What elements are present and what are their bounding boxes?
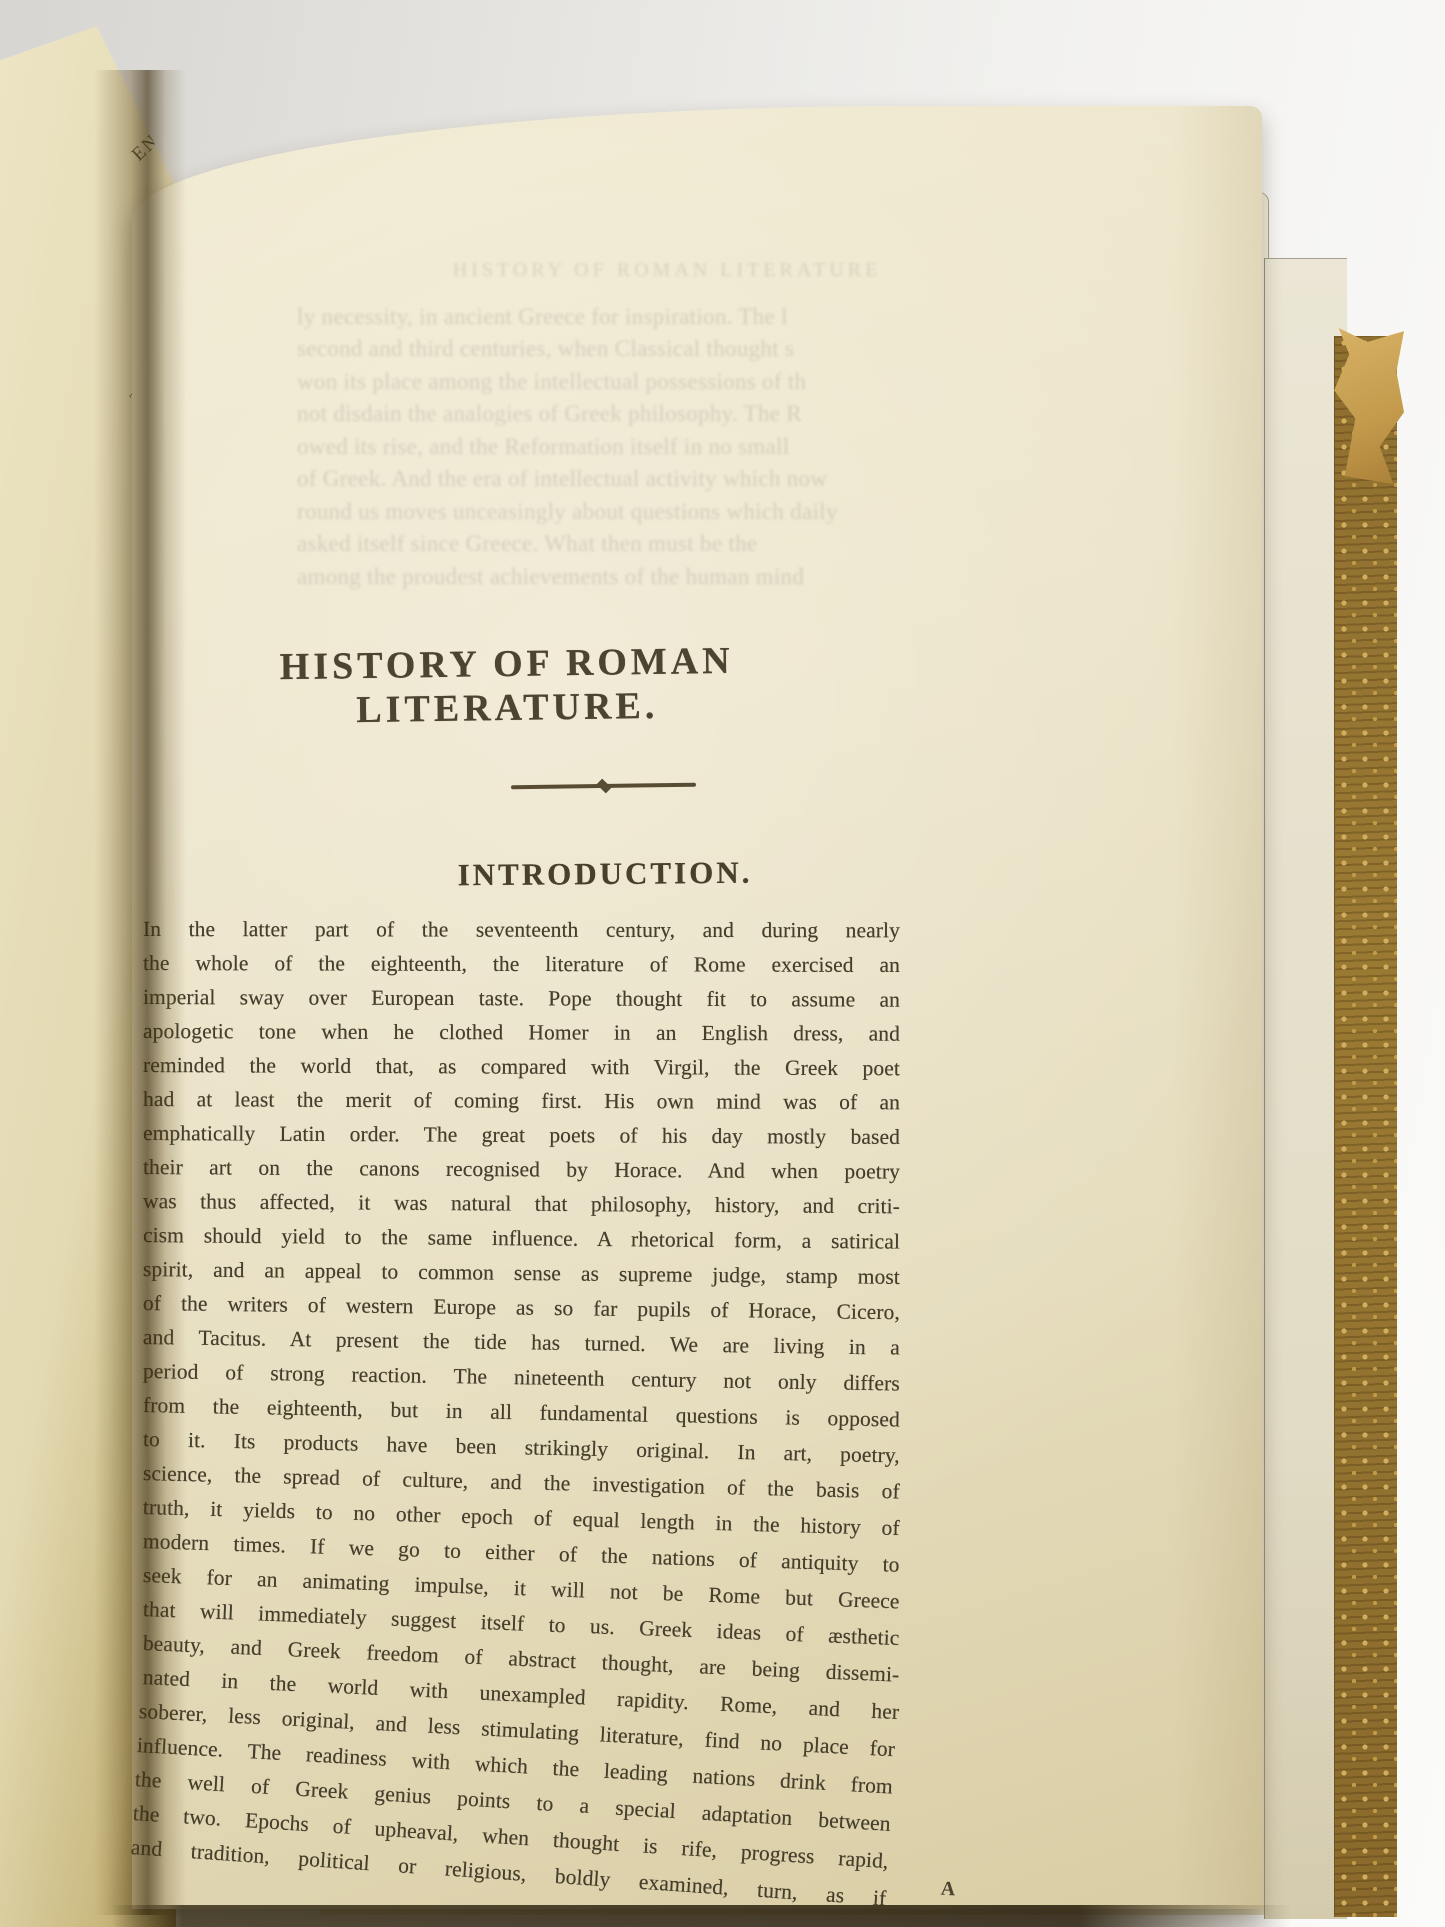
- gilt-fore-edge: [1334, 336, 1397, 1917]
- body-line: their art on the canons recognised by Ho…: [143, 1150, 900, 1189]
- section-heading: INTRODUCTION.: [405, 854, 805, 893]
- show-through-line: ly necessity, in ancient Greece for insp…: [297, 301, 1037, 334]
- show-through-line: round us moves unceasingly about questio…: [297, 496, 1037, 529]
- book-photograph: { "colors": { "page_cream": "#ebe3c7", "…: [0, 0, 1445, 1927]
- page-title: HISTORY OF ROMAN LITERATURE.: [156, 637, 857, 735]
- body-line: In the latter part of the seventeenth ce…: [143, 912, 900, 947]
- body-line: apologetic tone when he clothed Homer in…: [143, 1014, 900, 1051]
- gutter-shadow: [94, 70, 186, 1915]
- body-line: had at least the merit of coming first. …: [143, 1082, 900, 1119]
- show-through-line: asked itself since Greece. What then mus…: [297, 528, 1037, 561]
- body-line: emphatically Latin order. The great poet…: [143, 1116, 900, 1154]
- show-through-line: not disdain the analogies of Greek philo…: [297, 398, 1037, 431]
- section-divider: [511, 783, 696, 790]
- show-through-line: second and third centuries, when Classic…: [297, 333, 1037, 366]
- body-line: imperial sway over European taste. Pope …: [143, 980, 900, 1017]
- show-through-line: owed its rise, and the Reformation itsel…: [297, 431, 1037, 464]
- show-through-line: among the proudest achievements of the h…: [297, 561, 1037, 594]
- right-page: HISTORY OF ROMAN LITERATURE ly necessity…: [132, 106, 1262, 1909]
- diamond-icon: [596, 779, 611, 794]
- body-line: was thus affected, it was natural that p…: [143, 1184, 900, 1223]
- body-line: reminded the world that, as compared wit…: [143, 1048, 900, 1085]
- show-through-text: HISTORY OF ROMAN LITERATURE ly necessity…: [297, 254, 1037, 593]
- book-bottom-shadow: [112, 1905, 1292, 1927]
- body-line: the whole of the eighteenth, the literat…: [143, 946, 900, 982]
- show-through-header: HISTORY OF ROMAN LITERATURE: [297, 254, 1037, 287]
- signature-mark: A: [927, 1877, 968, 1902]
- body-text: In the latter part of the seventeenth ce…: [143, 912, 900, 1864]
- show-through-line: won its place among the intellectual pos…: [297, 366, 1037, 399]
- show-through-line: of Greek. And the era of intellectual ac…: [297, 463, 1037, 496]
